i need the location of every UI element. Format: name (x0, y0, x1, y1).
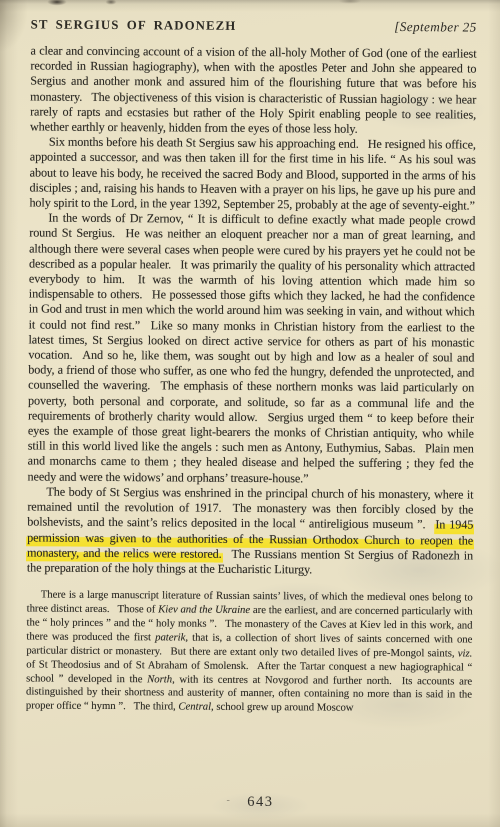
running-header: ST SERGIUS OF RADONEZH [September 25 (31, 16, 477, 35)
paragraph-zernov-quote: In the words of Dr Zernov, “ It is diffi… (28, 211, 476, 488)
paragraph-relics: The body of St Sergius was enshrined in … (27, 484, 474, 578)
italic-term: Central (178, 701, 211, 713)
page-number: 643 (247, 794, 273, 810)
paragraph-death: Six months before his death St Sergius s… (29, 135, 476, 214)
running-title: ST SERGIUS OF RADONEZH (31, 17, 237, 33)
text-segment: , school grew up around Moscow (211, 701, 354, 714)
italic-term: North (147, 673, 172, 685)
scanned-book-page: ST SERGIUS OF RADONEZH [September 25 a c… (0, 0, 500, 827)
body-text: a clear and convincing account of a visi… (26, 43, 477, 716)
text-segment: The body of St Sergius was enshrined in … (27, 484, 473, 531)
paragraph-continuation: a clear and convincing account of a visi… (30, 43, 477, 137)
page-footer: -643 (0, 794, 500, 811)
footnote-paragraph: There is a large manuscript literature o… (26, 589, 473, 717)
italic-term: Kiev and the Ukraine (158, 603, 250, 616)
running-date: [September 25 (394, 19, 477, 36)
italic-term: paterik (155, 631, 185, 643)
page-content: ST SERGIUS OF RADONEZH [September 25 a c… (0, 0, 500, 827)
ink-speck: - (226, 795, 231, 806)
italic-term: viz. (458, 647, 473, 659)
